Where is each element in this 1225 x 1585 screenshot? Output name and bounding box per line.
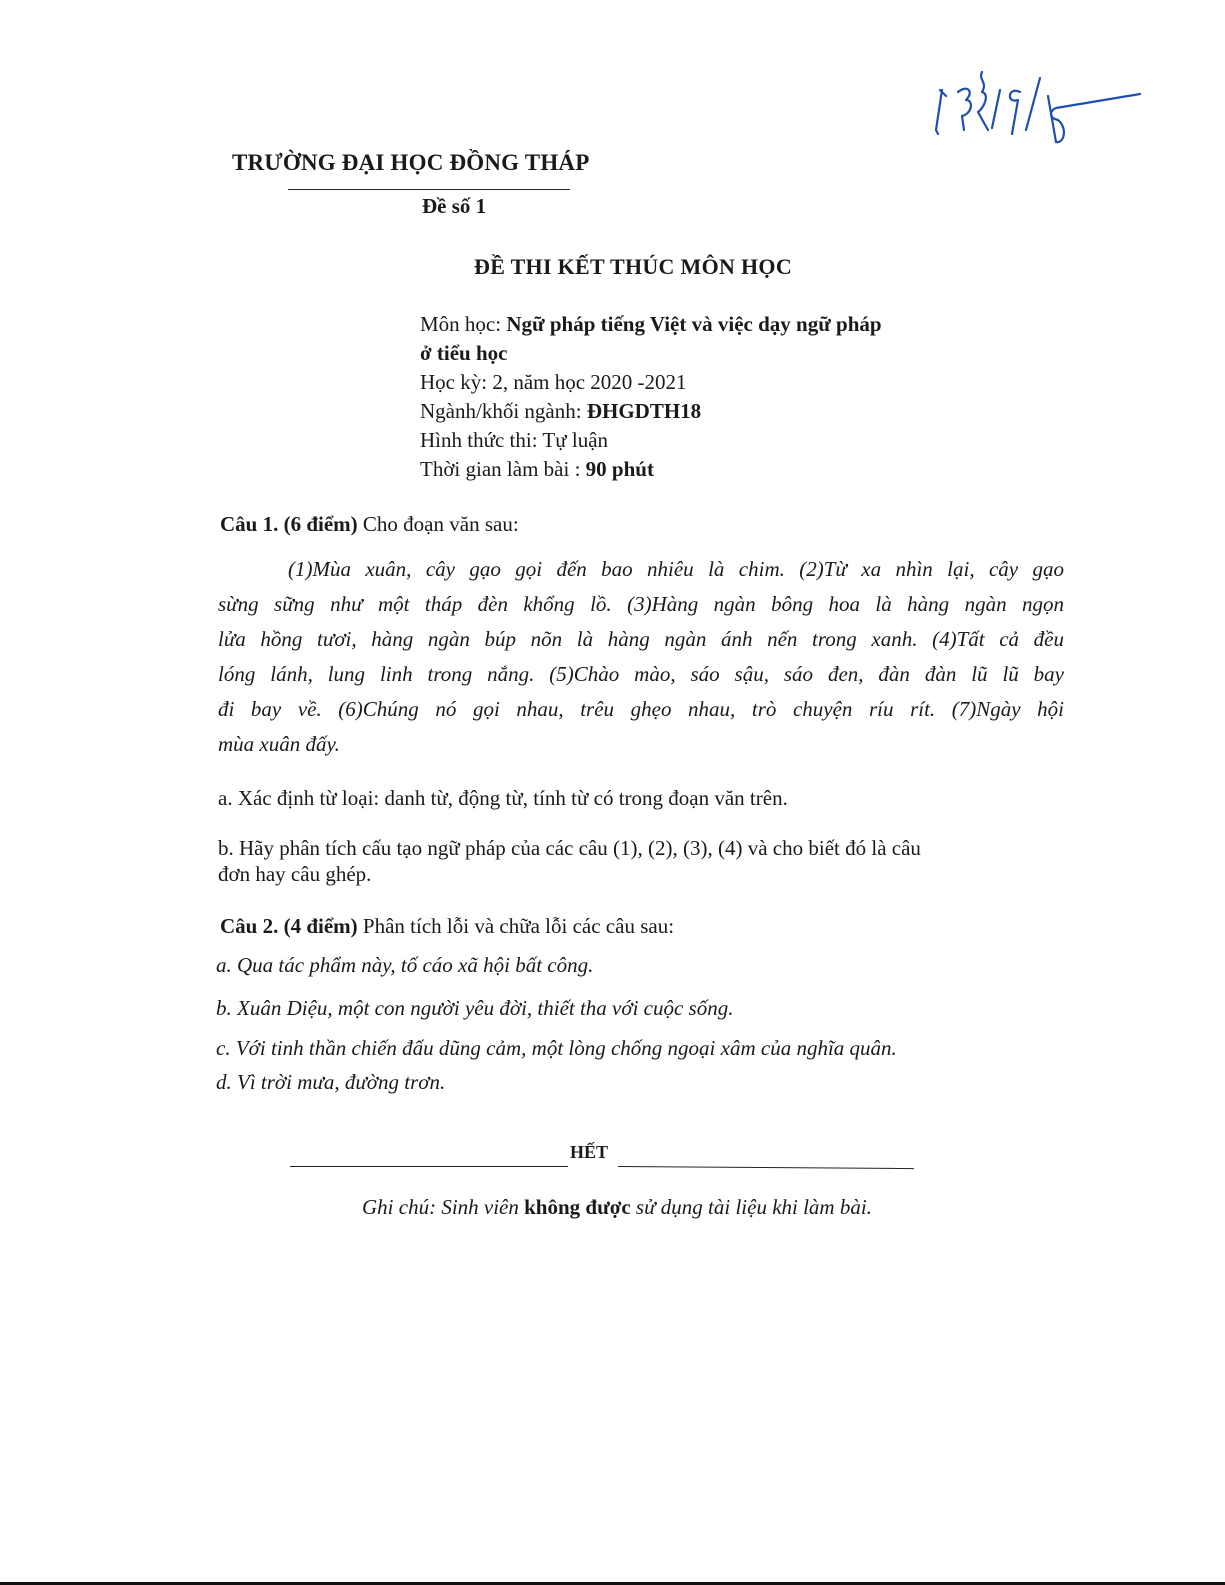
end-rule-left [290,1166,568,1167]
subject-value-cont: ở tiểu học [420,341,507,365]
time-line: Thời gian làm bài : 90 phút [420,455,654,483]
time-label: Thời gian làm bài : [420,457,586,481]
passage-line: sừng sững như một tháp đèn khổng lồ. (3)… [218,587,1064,622]
question-1-prompt: Cho đoạn văn sau: [358,512,519,536]
question-2-prompt: Phân tích lỗi và chữa lỗi các câu sau: [358,914,674,938]
subject-value: Ngữ pháp tiếng Việt và việc dạy ngữ pháp [506,312,881,336]
subject-line: Môn học: Ngữ pháp tiếng Việt và việc dạy… [420,310,882,338]
format-line: Hình thức thi: Tự luận [420,426,608,454]
question-1-task-b-cont: đơn hay câu ghép. [218,862,371,887]
question-2-label: Câu 2. (4 điểm) [220,914,358,938]
note-prefix: Ghi chú: Sinh viên [362,1195,524,1219]
question-2-item-a: a. Qua tác phẩm này, tố cáo xã hội bất c… [216,953,593,978]
question-2-item-d: d. Vì trời mưa, đường trơn. [216,1070,445,1095]
school-underline [288,189,570,190]
major-label: Ngành/khối ngành: [420,399,587,423]
exam-title: ĐỀ THI KẾT THÚC MÔN HỌC [474,254,792,280]
note-emphasis: không được [524,1195,631,1219]
major-value: ĐHGDTH18 [587,399,701,423]
passage-line: (1)Mùa xuân, cây gạo gọi đến bao nhiêu l… [218,552,1064,587]
subject-label: Môn học: [420,312,506,336]
time-value: 90 phút [586,457,654,481]
question-1-task-a: a. Xác định từ loại: danh từ, động từ, t… [218,786,788,811]
school-name: TRƯỜNG ĐẠI HỌC ĐỒNG THÁP [232,150,589,176]
handwritten-annotation: 13/19/5 [928,68,1148,148]
footer-note: Ghi chú: Sinh viên không được sử dụng tà… [362,1195,872,1220]
note-suffix: sử dụng tài liệu khi làm bài. [631,1195,872,1219]
question-2-heading: Câu 2. (4 điểm) Phân tích lỗi và chữa lỗ… [220,914,674,939]
passage-line: mùa xuân đấy. [218,727,1064,762]
exam-number: Đề số 1 [422,194,486,219]
end-text: HẾT [570,1142,608,1163]
passage-line: lửa hồng tươi, hàng ngàn búp nõn là hàng… [218,622,1064,657]
end-marker: HẾT [290,1142,915,1172]
subject-line-2: ở tiểu học [420,339,507,367]
question-1-task-b: b. Hãy phân tích cấu tạo ngữ pháp của cá… [218,836,921,861]
passage-line: lóng lánh, lung linh trong nắng. (5)Chào… [218,657,1064,692]
question-1-label: Câu 1. (6 điểm) [220,512,358,536]
passage-line: đi bay về. (6)Chúng nó gọi nhau, trêu gh… [218,692,1064,727]
question-1-heading: Câu 1. (6 điểm) Cho đoạn văn sau: [220,512,519,537]
question-1-passage: (1)Mùa xuân, cây gạo gọi đến bao nhiêu l… [218,552,1064,762]
semester-line: Học kỳ: 2, năm học 2020 -2021 [420,368,687,396]
major-line: Ngành/khối ngành: ĐHGDTH18 [420,397,701,425]
question-2-item-c: c. Với tinh thần chiến đấu dũng cảm, một… [216,1036,897,1061]
question-2-item-b: b. Xuân Diệu, một con người yêu đời, thi… [216,996,733,1021]
end-rule-right [618,1166,914,1169]
